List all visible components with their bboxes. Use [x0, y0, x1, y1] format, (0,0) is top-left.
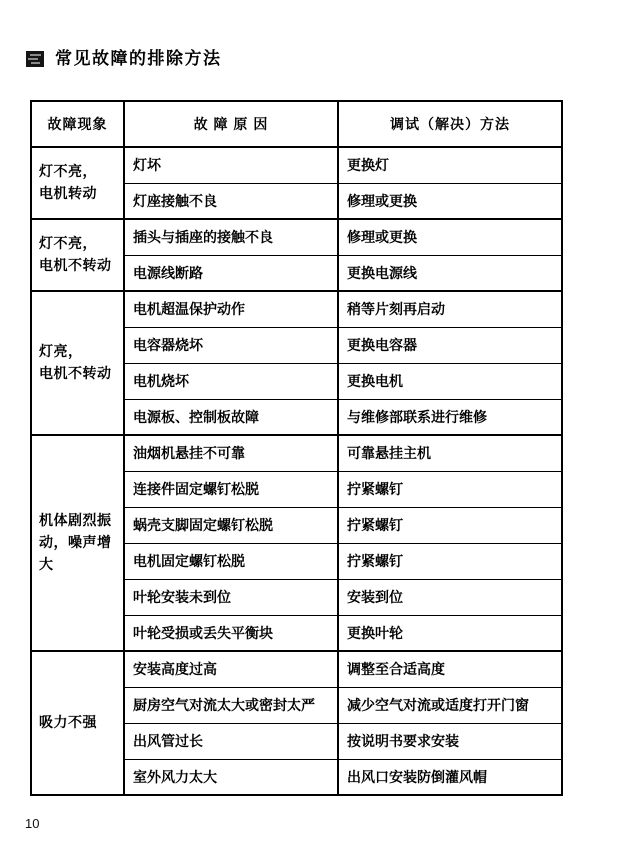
solution-cell: 拧紧螺钉: [338, 507, 562, 543]
solution-cell: 修理或更换: [338, 183, 562, 219]
solution-cell: 修理或更换: [338, 219, 562, 255]
cause-cell: 出风管过长: [124, 723, 338, 759]
page-title: 常见故障的排除方法: [55, 50, 222, 67]
solution-cell: 更换灯: [338, 147, 562, 183]
solution-cell: 减少空气对流或适度打开门窗: [338, 687, 562, 723]
cause-cell: 油烟机悬挂不可靠: [124, 435, 338, 471]
table-header-row: 故障现象 故 障 原 因 调试（解决）方法: [31, 101, 562, 147]
cause-cell: 灯座接触不良: [124, 183, 338, 219]
cause-cell: 叶轮受损或丢失平衡块: [124, 615, 338, 651]
cause-cell: 插头与插座的接触不良: [124, 219, 338, 255]
table-row: 灯亮， 电机不转动 电机超温保护动作 稍等片刻再启动: [31, 291, 562, 327]
solution-cell: 调整至合适高度: [338, 651, 562, 687]
cause-cell: 连接件固定螺钉松脱: [124, 471, 338, 507]
solution-cell: 稍等片刻再启动: [338, 291, 562, 327]
phenomenon-cell: 吸力不强: [31, 651, 124, 795]
solution-cell: 更换电容器: [338, 327, 562, 363]
cause-cell: 灯坏: [124, 147, 338, 183]
manual-page: 常见故障的排除方法 故障现象 故 障 原 因 调试（解决）方法 灯不亮， 电机转…: [0, 0, 629, 864]
solution-cell: 出风口安装防倒灌风帽: [338, 759, 562, 795]
header-solution-method: 调试（解决）方法: [338, 101, 562, 147]
header-fault-cause: 故 障 原 因: [124, 101, 338, 147]
phenomenon-cell: 灯不亮， 电机转动: [31, 147, 124, 219]
troubleshooting-table: 故障现象 故 障 原 因 调试（解决）方法 灯不亮， 电机转动 灯坏 更换灯 灯…: [30, 100, 563, 796]
section-title-row: 常见故障的排除方法: [26, 50, 222, 67]
cause-cell: 室外风力太大: [124, 759, 338, 795]
cause-cell: 电源线断路: [124, 255, 338, 291]
cause-cell: 蜗壳支脚固定螺钉松脱: [124, 507, 338, 543]
solution-cell: 更换叶轮: [338, 615, 562, 651]
header-fault-phenomenon: 故障现象: [31, 101, 124, 147]
cause-cell: 电机固定螺钉松脱: [124, 543, 338, 579]
solution-cell: 拧紧螺钉: [338, 543, 562, 579]
solution-cell: 更换电机: [338, 363, 562, 399]
cause-cell: 叶轮安装未到位: [124, 579, 338, 615]
solution-cell: 更换电源线: [338, 255, 562, 291]
table-row: 吸力不强 安装高度过高 调整至合适高度: [31, 651, 562, 687]
solution-cell: 与维修部联系进行维修: [338, 399, 562, 435]
cause-cell: 安装高度过高: [124, 651, 338, 687]
cause-cell: 电机烧坏: [124, 363, 338, 399]
table-row: 机体剧烈振 动，噪声增 大 油烟机悬挂不可靠 可靠悬挂主机: [31, 435, 562, 471]
cause-cell: 电源板、控制板故障: [124, 399, 338, 435]
solution-cell: 可靠悬挂主机: [338, 435, 562, 471]
solution-cell: 拧紧螺钉: [338, 471, 562, 507]
solution-cell: 安装到位: [338, 579, 562, 615]
cause-cell: 电容器烧坏: [124, 327, 338, 363]
section-bullet-icon: [26, 51, 44, 67]
phenomenon-cell: 灯不亮， 电机不转动: [31, 219, 124, 291]
table-row: 灯不亮， 电机不转动 插头与插座的接触不良 修理或更换: [31, 219, 562, 255]
page-number: 10: [25, 816, 39, 831]
solution-cell: 按说明书要求安装: [338, 723, 562, 759]
cause-cell: 厨房空气对流太大或密封太严: [124, 687, 338, 723]
cause-cell: 电机超温保护动作: [124, 291, 338, 327]
table-row: 灯不亮， 电机转动 灯坏 更换灯: [31, 147, 562, 183]
phenomenon-cell: 机体剧烈振 动，噪声增 大: [31, 435, 124, 651]
phenomenon-cell: 灯亮， 电机不转动: [31, 291, 124, 435]
